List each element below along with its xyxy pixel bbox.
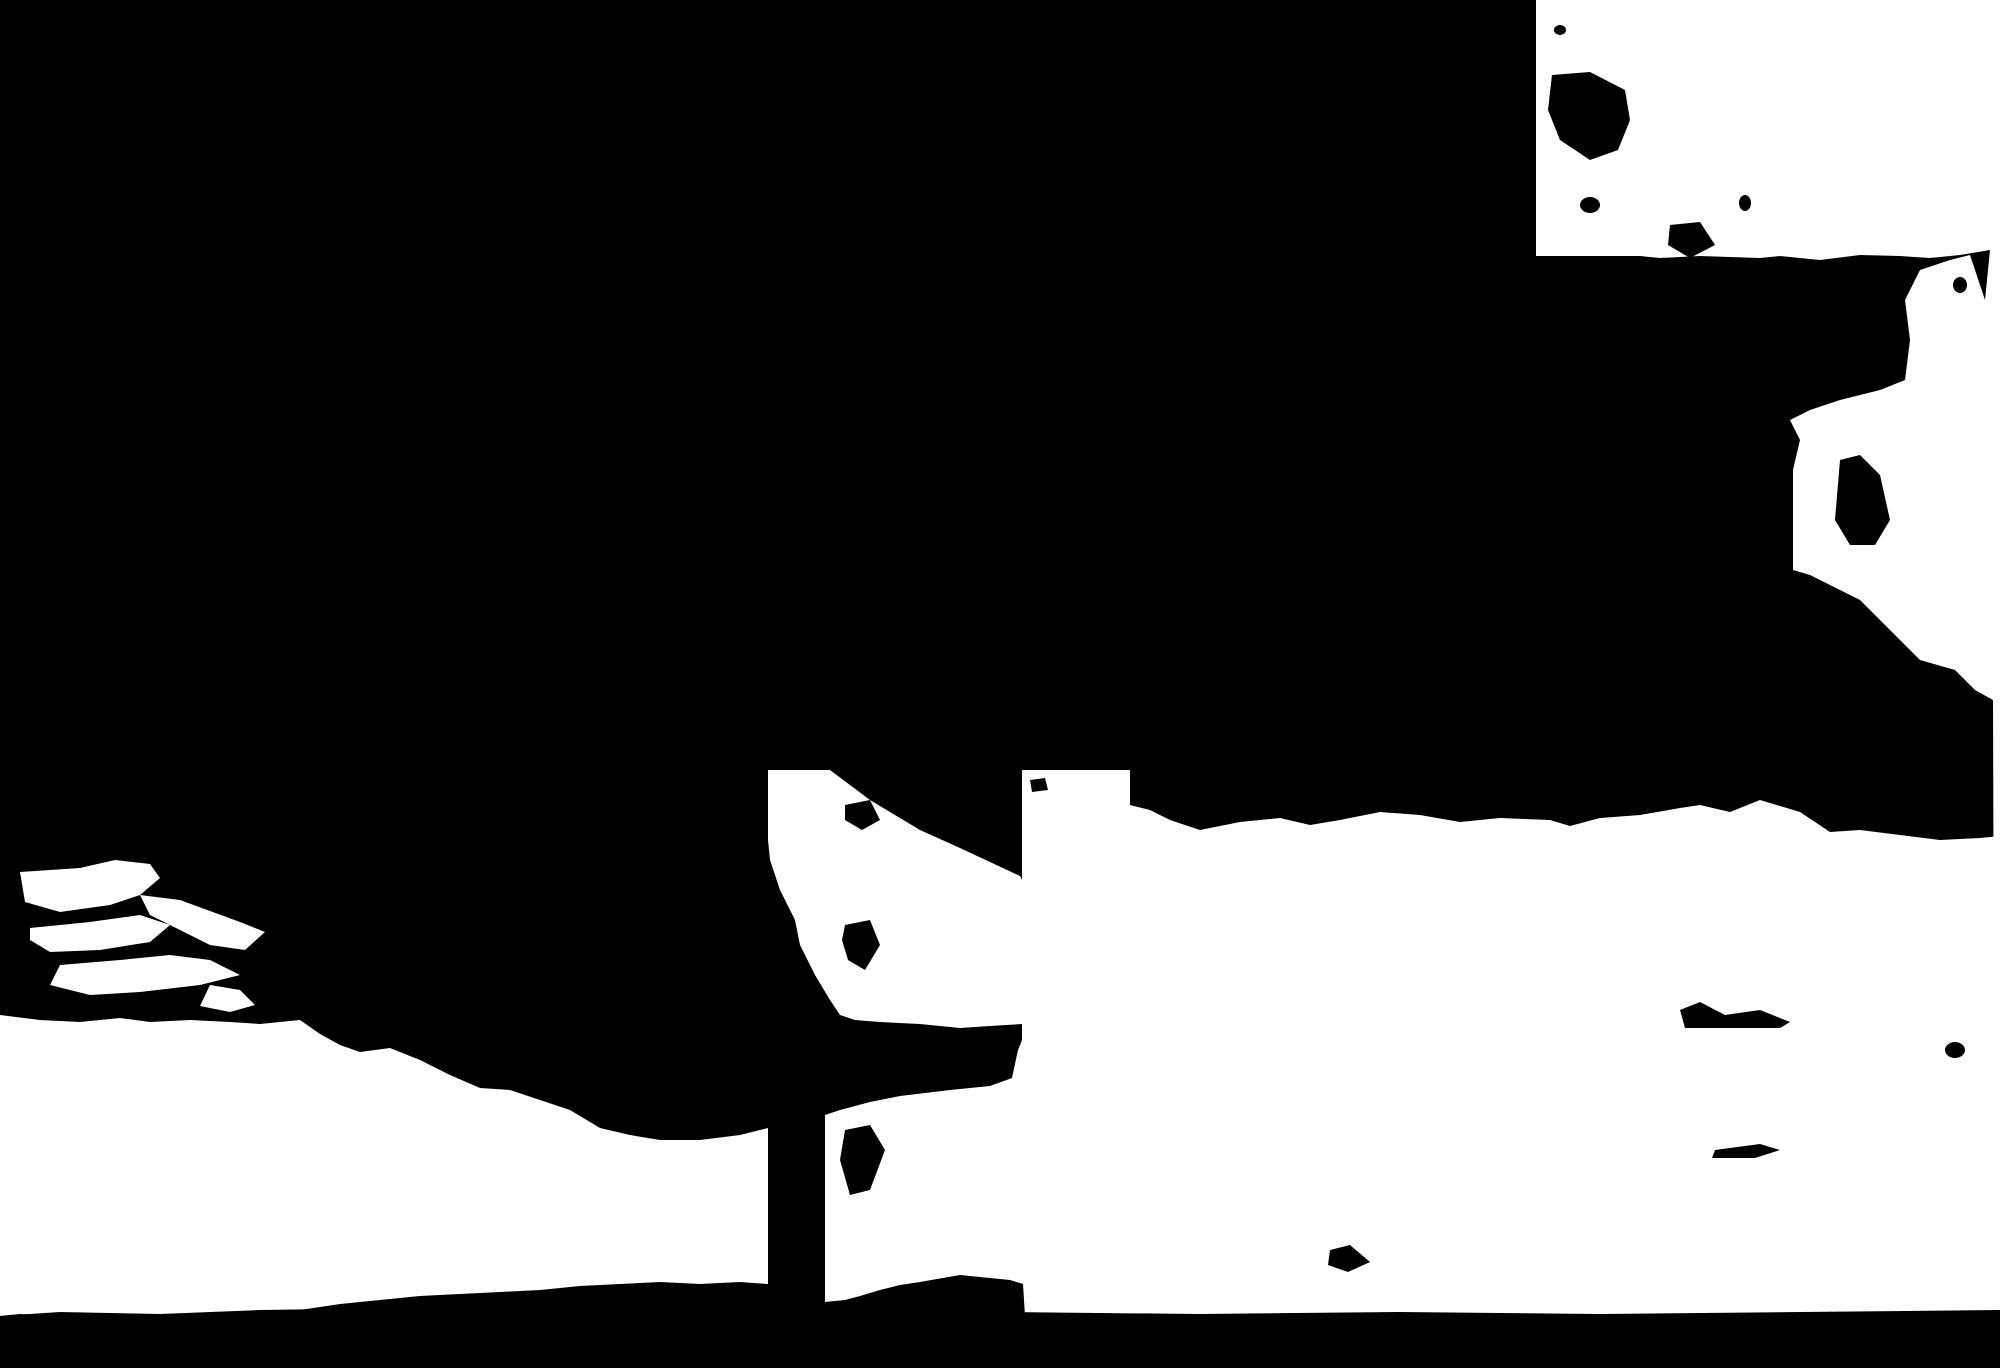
- binarized-photo: [0, 0, 2000, 1368]
- dark-band-bottom: [0, 1308, 2000, 1368]
